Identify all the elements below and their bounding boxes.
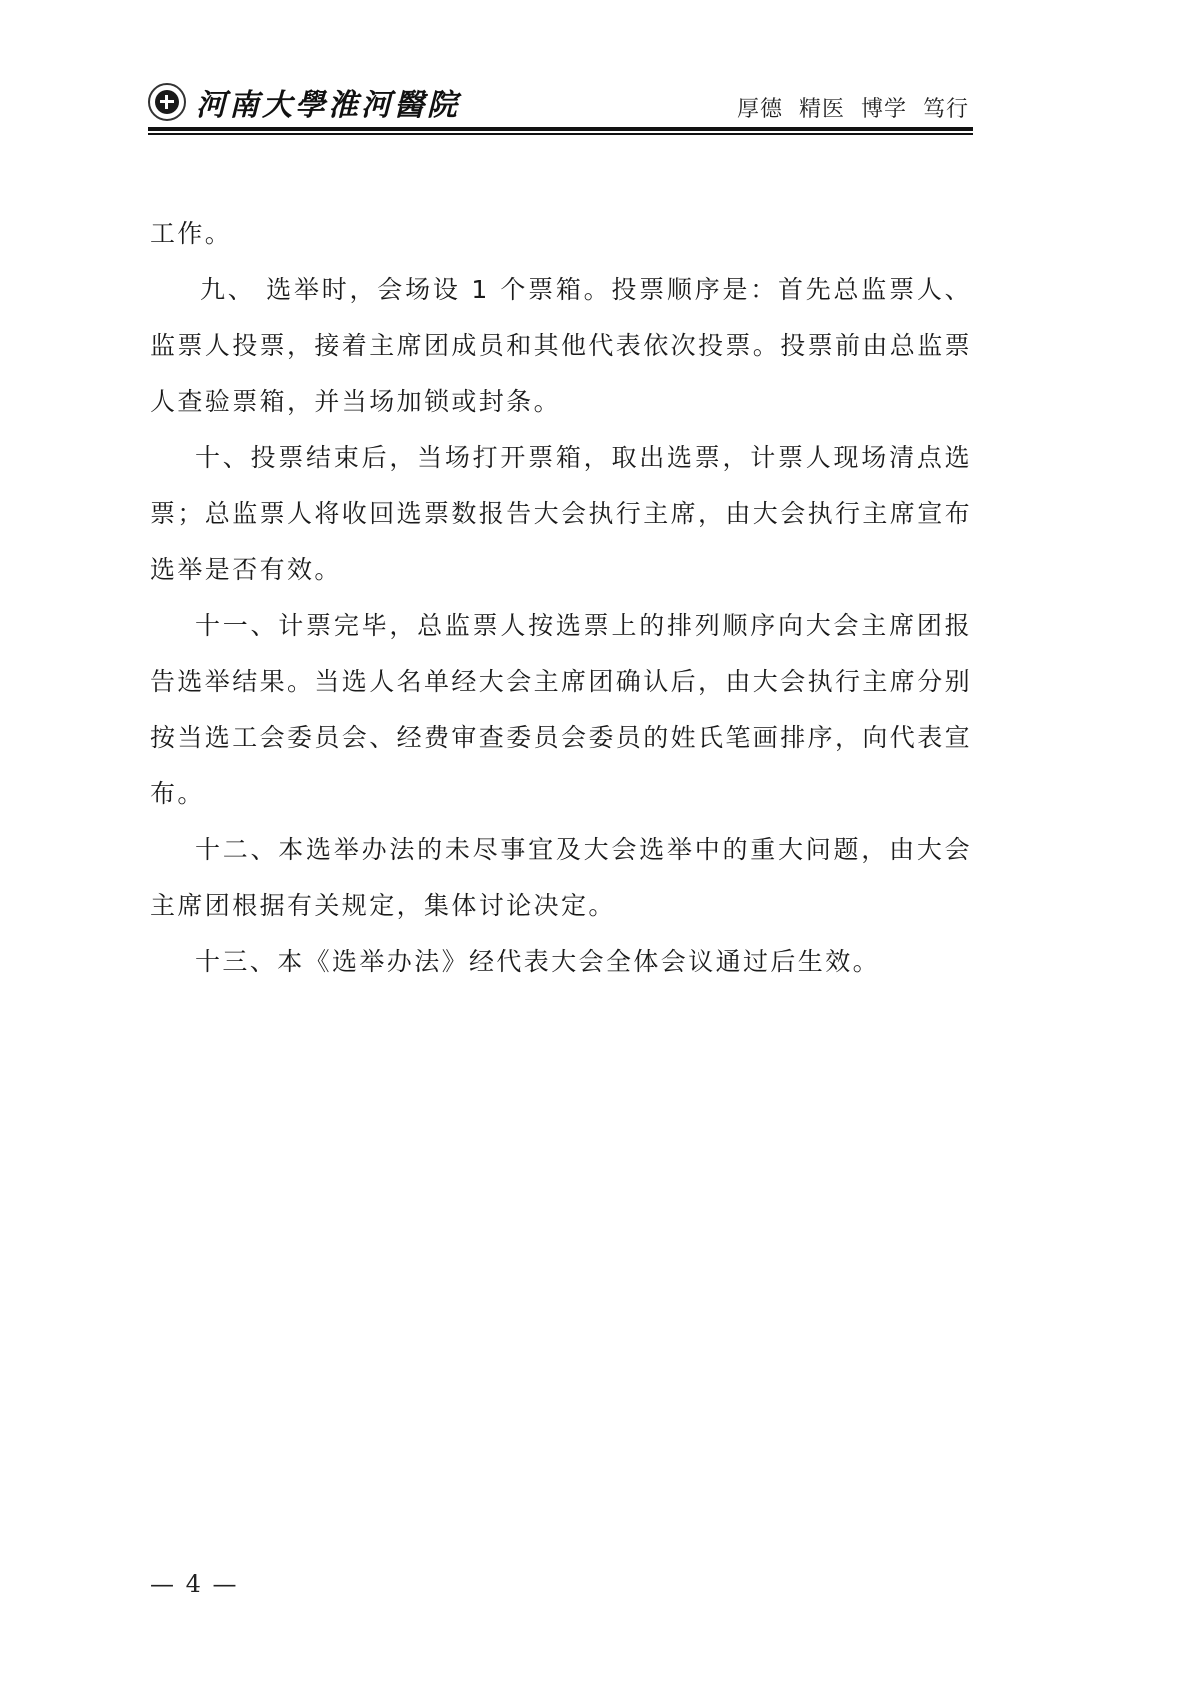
paragraph-item-10: 十、投票结束后，当场打开票箱，取出选票，计票人现场清点选票；总监票人将收回选票数… <box>150 430 972 598</box>
paragraph-item-12: 十二、本选举办法的未尽事宜及大会选举中的重大问题，由大会主席团根据有关规定，集体… <box>150 822 972 934</box>
hospital-emblem-icon <box>148 83 186 121</box>
header-rule-thick <box>148 127 973 131</box>
hospital-logo: 河南大學淮河醫院 <box>148 80 460 124</box>
hospital-name: 河南大學淮河醫院 <box>196 80 460 124</box>
emblem-cross-icon <box>155 90 179 114</box>
paragraph-item-11: 十一、计票完毕，总监票人按选票上的排列顺序向大会主席团报告选举结果。当选人名单经… <box>150 598 972 822</box>
document-body: 工作。 九、 选举时，会场设 1 个票箱。投票顺序是：首先总监票人、监票人投票，… <box>150 206 972 990</box>
page-header: 河南大學淮河醫院 厚德 精医 博学 笃行 <box>148 78 973 130</box>
header-rule-thin <box>148 133 973 135</box>
paragraph-item-13: 十三、本《选举办法》经代表大会全体会议通过后生效。 <box>150 934 972 990</box>
hospital-motto: 厚德 精医 博学 笃行 <box>737 92 969 123</box>
paragraph-item-9: 九、 选举时，会场设 1 个票箱。投票顺序是：首先总监票人、监票人投票，接着主席… <box>150 262 972 430</box>
paragraph-continuation: 工作。 <box>150 206 972 262</box>
page-number: — 4 — <box>150 1570 239 1598</box>
